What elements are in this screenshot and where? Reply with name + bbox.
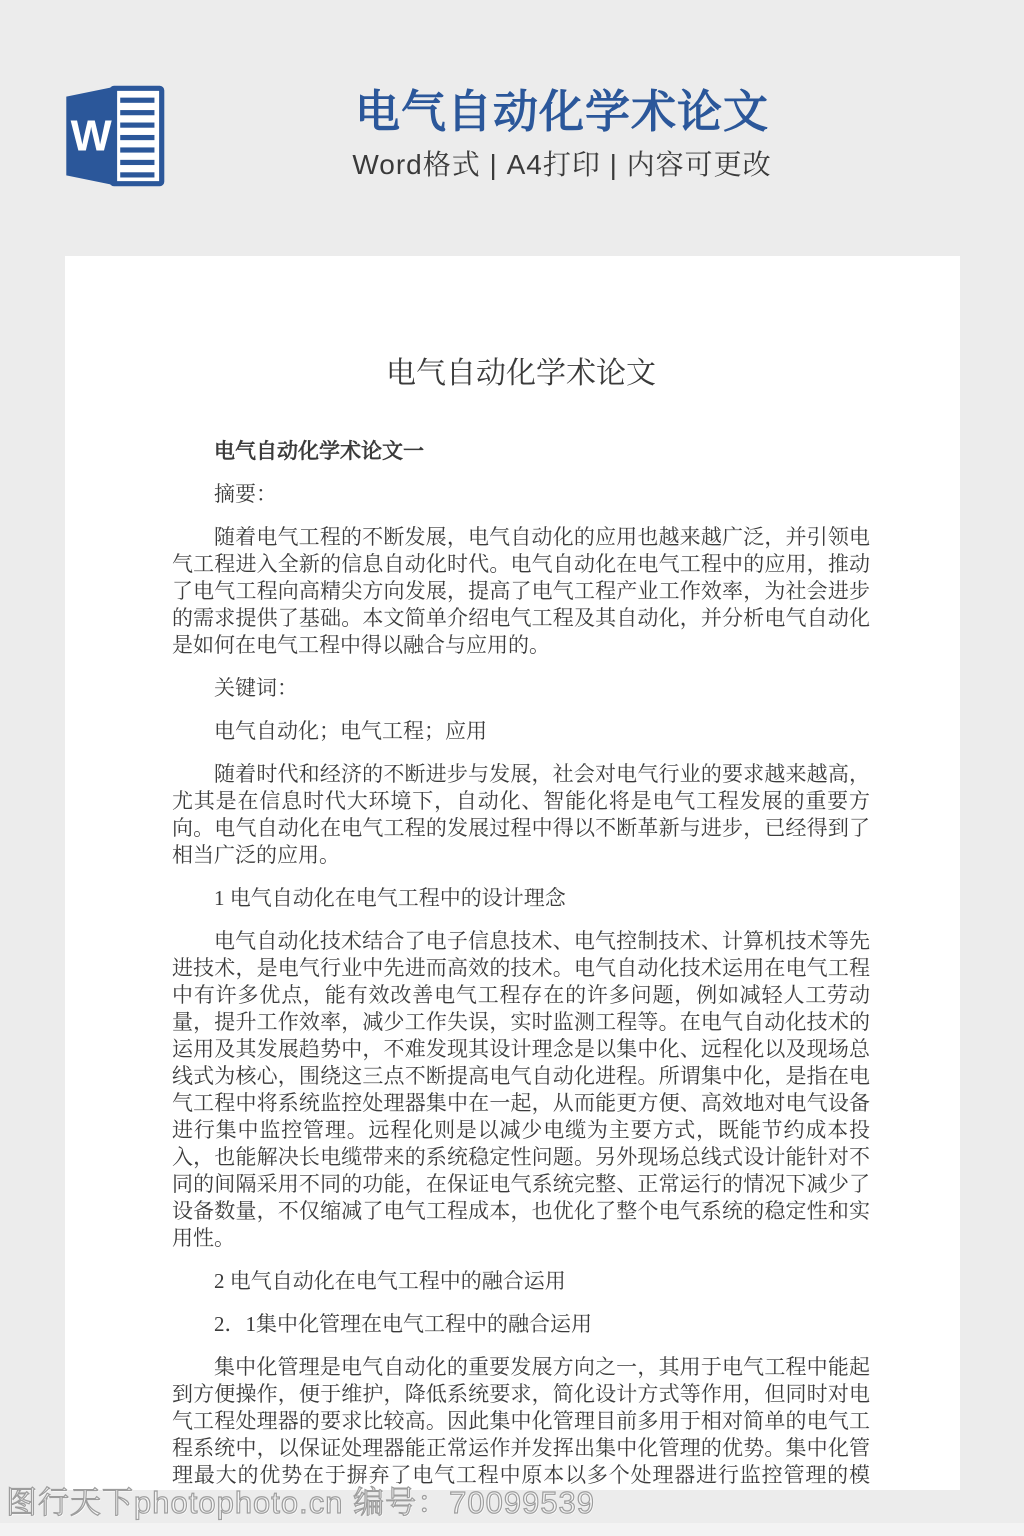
- doc-block-paragraph: 电气自动化技术结合了电子信息技术、电气控制技术、计算机技术等先进技术，是电气行业…: [172, 928, 870, 1252]
- doc-block-paragraph: 随着时代和经济的不断进步与发展，社会对电气行业的要求越来越高，尤其是在信息时代大…: [172, 761, 870, 869]
- doc-block-paragraph: 集中化管理是电气自动化的重要发展方向之一，其用于电气工程中能起到方便操作，便于维…: [172, 1354, 870, 1490]
- doc-block-paragraph: 随着电气工程的不断发展，电气自动化的应用也越来越广泛，并引领电气工程进入全新的信…: [172, 524, 870, 659]
- document-title: 电气自动化学术论文: [172, 356, 870, 392]
- doc-block-heading-bold: 电气自动化学术论文一: [172, 438, 870, 465]
- document-body: 电气自动化学术论文一摘要：随着电气工程的不断发展，电气自动化的应用也越来越广泛，…: [172, 438, 870, 1490]
- word-icon-letter: W: [71, 113, 113, 161]
- doc-block-heading: 2．1集中化管理在电气工程中的融合运用: [172, 1311, 870, 1338]
- bottom-strip-divider: [0, 1523, 1024, 1536]
- watermark-text: 图行天下photophoto.cn 编号：70099539: [6, 1486, 595, 1520]
- word-file-icon: W: [58, 80, 170, 192]
- header-text: 电气自动化学术论文 Word格式 | A4打印 | 内容可更改: [200, 86, 924, 181]
- doc-block-heading: 2 电气自动化在电气工程中的融合运用: [172, 1268, 870, 1295]
- poster-canvas: W 电气自动化学术论文 Word格式 | A4打印 | 内容可更改 电气自动化学…: [0, 0, 1024, 1536]
- doc-block-label: 摘要：: [172, 481, 870, 508]
- doc-block-heading: 1 电气自动化在电气工程中的设计理念: [172, 885, 870, 912]
- header-subtitle: Word格式 | A4打印 | 内容可更改: [200, 149, 924, 181]
- doc-block-label: 关键词：: [172, 675, 870, 702]
- document-page: 电气自动化学术论文 电气自动化学术论文一摘要：随着电气工程的不断发展，电气自动化…: [65, 256, 960, 1490]
- doc-block-label: 电气自动化；电气工程；应用: [172, 718, 870, 745]
- header-title: 电气自动化学术论文: [200, 86, 924, 138]
